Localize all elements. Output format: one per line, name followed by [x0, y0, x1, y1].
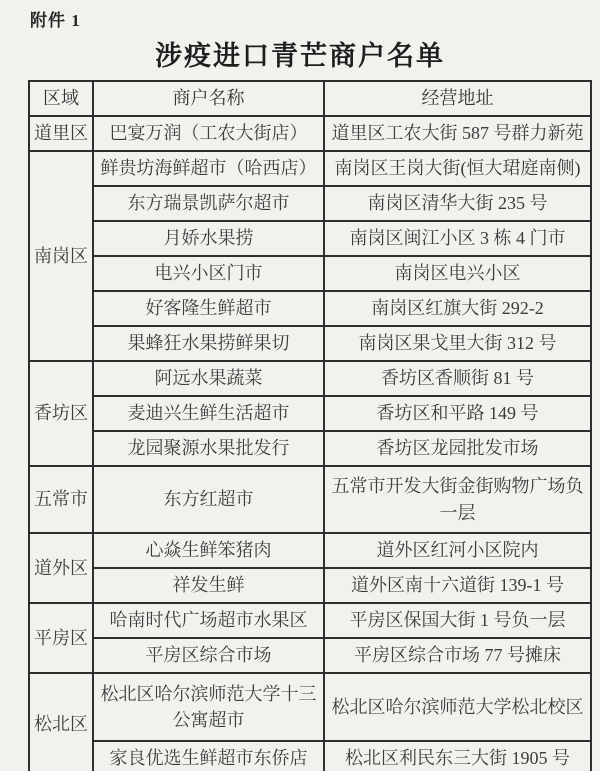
address-cell: 香坊区和平路 149 号 [324, 396, 591, 431]
address-cell: 南岗区果戈里大街 312 号 [324, 326, 591, 361]
table-row: 祥发生鲜 道外区南十六道街 139-1 号 [29, 568, 591, 603]
merchant-table: 区域 商户名称 经营地址 道里区 巴宴万润（工农大街店） 道里区工农大街 587… [28, 80, 592, 771]
table-row: 果蜂狂水果捞鲜果切 南岗区果戈里大街 312 号 [29, 326, 591, 361]
page-title: 涉疫进口青芒商户名单 [0, 34, 600, 73]
address-cell: 南岗区清华大街 235 号 [324, 186, 591, 221]
region-cell: 道外区 [29, 533, 93, 603]
table-row: 香坊区 阿远水果蔬菜 香坊区香顺街 81 号 [29, 361, 591, 396]
merchant-cell: 巴宴万润（工农大街店） [93, 116, 324, 151]
region-cell: 南岗区 [29, 151, 93, 361]
address-cell: 道外区红河小区院内 [324, 533, 591, 568]
table-row: 松北区 松北区哈尔滨师范大学十三公寓超市 松北区哈尔滨师范大学松北校区 [29, 673, 591, 741]
merchant-cell: 松北区哈尔滨师范大学十三公寓超市 [93, 673, 324, 741]
merchant-cell: 东方红超市 [93, 466, 324, 533]
merchant-cell: 心焱生鲜笨猪肉 [93, 533, 324, 568]
attachment-label: 附件 1 [30, 6, 600, 31]
merchant-cell: 阿远水果蔬菜 [93, 361, 324, 396]
merchant-cell: 月娇水果捞 [93, 221, 324, 256]
merchant-cell: 家良优选生鲜超市东侨店 [93, 741, 324, 771]
region-cell: 香坊区 [29, 361, 93, 466]
table-row: 电兴小区门市 南岗区电兴小区 [29, 256, 591, 291]
address-cell: 香坊区香顺街 81 号 [324, 361, 591, 396]
address-cell: 松北区利民东三大街 1905 号 [324, 741, 591, 771]
address-cell: 松北区哈尔滨师范大学松北校区 [324, 673, 591, 741]
header-region: 区域 [29, 81, 93, 116]
header-address: 经营地址 [324, 81, 591, 116]
merchant-cell: 东方瑞景凯萨尔超市 [93, 186, 324, 221]
address-cell: 道里区工农大街 587 号群力新苑 [324, 116, 591, 151]
merchant-cell: 麦迪兴生鲜生活超市 [93, 396, 324, 431]
address-cell: 南岗区王岗大街(恒大珺庭南侧) [324, 151, 591, 186]
table-row: 五常市 东方红超市 五常市开发大街金街购物广场负一层 [29, 466, 591, 533]
region-cell: 松北区 [29, 673, 93, 771]
table-row: 麦迪兴生鲜生活超市 香坊区和平路 149 号 [29, 396, 591, 431]
merchant-cell: 鲜贵坊海鲜超市（哈西店） [93, 151, 324, 186]
header-merchant: 商户名称 [93, 81, 324, 116]
region-cell: 五常市 [29, 466, 93, 533]
table-row: 好客隆生鲜超市 南岗区红旗大街 292-2 [29, 291, 591, 326]
merchant-cell: 哈南时代广场超市水果区 [93, 603, 324, 638]
region-cell: 道里区 [29, 116, 93, 151]
region-cell: 平房区 [29, 603, 93, 673]
table-row: 家良优选生鲜超市东侨店 松北区利民东三大街 1905 号 [29, 741, 591, 771]
table-row: 南岗区 鲜贵坊海鲜超市（哈西店） 南岗区王岗大街(恒大珺庭南侧) [29, 151, 591, 186]
table-row: 月娇水果捞 南岗区闽江小区 3 栋 4 门市 [29, 221, 591, 256]
table-header-row: 区域 商户名称 经营地址 [29, 81, 591, 116]
table-row: 东方瑞景凯萨尔超市 南岗区清华大街 235 号 [29, 186, 591, 221]
merchant-cell: 龙园聚源水果批发行 [93, 431, 324, 466]
address-cell: 香坊区龙园批发市场 [324, 431, 591, 466]
table-row: 道外区 心焱生鲜笨猪肉 道外区红河小区院内 [29, 533, 591, 568]
merchant-cell: 果蜂狂水果捞鲜果切 [93, 326, 324, 361]
table-row: 平房区综合市场 平房区综合市场 77 号摊床 [29, 638, 591, 673]
address-cell: 五常市开发大街金街购物广场负一层 [324, 466, 591, 533]
address-cell: 南岗区红旗大街 292-2 [324, 291, 591, 326]
document-page: 附件 1 涉疫进口青芒商户名单 区域 商户名称 经营地址 道里区 巴宴万润（工农… [0, 0, 600, 771]
table-row: 龙园聚源水果批发行 香坊区龙园批发市场 [29, 431, 591, 466]
address-cell: 南岗区闽江小区 3 栋 4 门市 [324, 221, 591, 256]
table-row: 道里区 巴宴万润（工农大街店） 道里区工农大街 587 号群力新苑 [29, 116, 591, 151]
address-cell: 南岗区电兴小区 [324, 256, 591, 291]
merchant-cell: 祥发生鲜 [93, 568, 324, 603]
address-cell: 平房区保国大街 1 号负一层 [324, 603, 591, 638]
merchant-cell: 平房区综合市场 [93, 638, 324, 673]
address-cell: 道外区南十六道街 139-1 号 [324, 568, 591, 603]
table-row: 平房区 哈南时代广场超市水果区 平房区保国大街 1 号负一层 [29, 603, 591, 638]
merchant-cell: 电兴小区门市 [93, 256, 324, 291]
merchant-cell: 好客隆生鲜超市 [93, 291, 324, 326]
address-cell: 平房区综合市场 77 号摊床 [324, 638, 591, 673]
